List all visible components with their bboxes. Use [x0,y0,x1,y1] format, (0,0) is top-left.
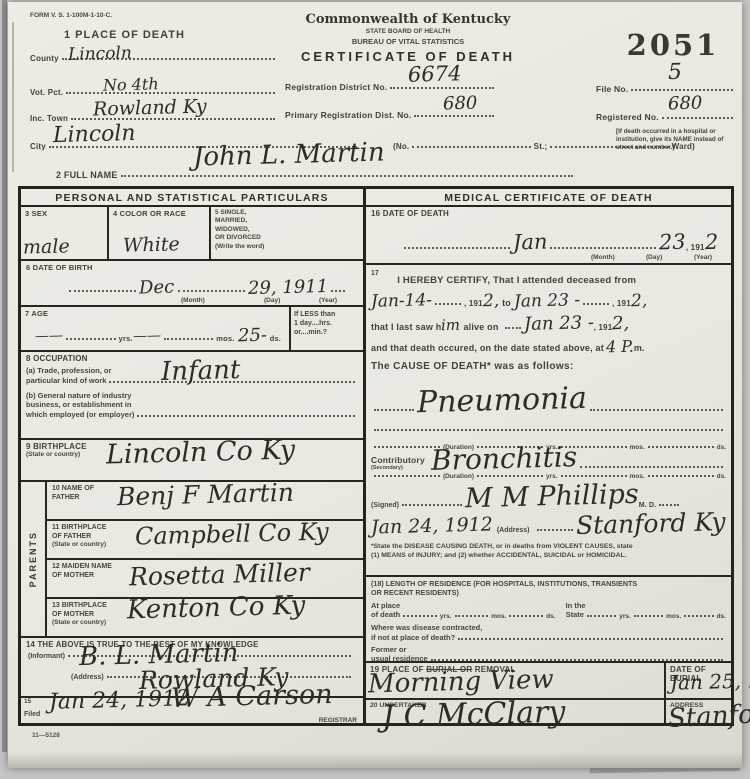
parents-rows: 10 NAME OF FATHER Benj F Martin 11 BIRTH… [47,482,363,636]
occ-b-line3-wrap: which employed (or employer) [26,410,358,420]
registration-district-rule [390,86,494,89]
to-printed: to [502,298,511,308]
signed-line: (Signed) M M Phillips M. D. [371,486,726,509]
occupation-row: 8 OCCUPATION (a) Trade, profession, or p… [21,352,363,440]
no-label: (No. [393,142,409,151]
age-days-value: 25- [237,328,266,344]
age-mos-label: mos. [216,334,234,343]
agency-heading: Commonwealth of Kentucky STATE BOARD OF … [258,12,558,64]
contributory-value: Bronchitis [431,445,578,473]
filed-row: 15 Filed Jan 24, 1912 W A Carson REGISTR… [21,698,363,725]
dob-rule2 [178,289,245,292]
contributory-label: Contributory [371,455,425,465]
dob-year-label: (Year) [319,297,337,304]
dod-label: 16 DATE OF DEATH [371,209,726,218]
age-yrs-label: yrs. [119,334,133,343]
contracted-line1: Where was disease contracted, [371,623,726,633]
contributory-label-stack: Contributory (Secondary) [371,455,425,471]
dur2-rule0 [374,474,440,477]
full-name-value: John L. Martin [193,141,385,168]
st-label: St.; [534,142,548,151]
marital-line2: MARRIED, [215,217,359,225]
dod-month-value: Jan [513,234,548,253]
attended-rule2 [583,302,609,305]
cause-line: Pneumonia [371,388,726,414]
at-place-col: At place of death yrs. mos. ds. [371,601,556,621]
at-place-label2: of death [371,610,400,620]
binding-mark [12,22,14,172]
primary-registration-rule [414,114,494,117]
registered-no-line: Registered No. [596,112,736,122]
residence-title1: (18) LENGTH OF RESIDENCE (FOR HOSPITALS,… [371,579,726,588]
dod-year-label: (Year) [694,254,712,261]
occ-b-line3: which employed (or employer) [26,410,134,420]
ap-rule2 [455,614,489,617]
county-value: Lincoln [68,46,132,62]
father-birthplace-value: Campbell Co Ky [135,521,329,546]
dur1-ds: ds. [717,444,726,451]
st-rule2 [634,614,663,617]
ap-mos: mos. [491,613,506,620]
registration-district-value: 6674 [408,65,462,84]
dur2-yrs: yrs. [546,473,558,480]
burial-place-cell: 19 PLACE OF BURIAL OR REMOVAL Morning Vi… [366,663,666,698]
contracted-line2: if not at place of death? [371,633,455,643]
bureau-line: BUREAU OF VITAL STATISTICS [258,37,558,47]
marital-line3: WIDOWED, [215,226,359,234]
from-year-printed: , 191 [464,299,483,308]
dod-rule1 [404,246,510,249]
dob-row: 6 DATE OF BIRTH Dec 29, 1911 (Month) (Da… [21,261,363,307]
sex-value: male [23,238,70,255]
commonwealth-title: Commonwealth of Kentucky [258,12,558,27]
marital-line4: OR DIVORCED [215,234,359,242]
father-birthplace-row: 11 BIRTHPLACE OF FATHER (State or countr… [47,521,363,560]
occ-b-line2: business, or establishment in [26,400,358,410]
in-the-line2: State yrs. mos. ds. [566,610,726,620]
dob-month-value: Dec [139,280,175,296]
dob-month-label: (Month) [181,297,205,304]
age-label: 7 AGE [25,309,285,318]
file-no-label: File No. [596,84,628,94]
medical-column: MEDICAL CERTIFICATE OF DEATH 16 DATE OF … [366,189,731,723]
registered-no-rule [662,116,733,119]
full-name-label: 2 FULL NAME [56,170,118,180]
occurred-time-hw: 4 P. [606,339,634,353]
certificate-table: PERSONAL AND STATISTICAL PARTICULARS 3 S… [18,186,734,726]
occ-b-rule [137,414,355,417]
secondary-label: (Secondary) [371,465,425,471]
personal-title: PERSONAL AND STATISTICAL PARTICULARS [21,189,363,207]
ap-rule1 [403,614,437,617]
age-row: 7 AGE —— yrs. —— mos. 25- ds. If LESS th… [21,307,363,352]
sex-color-marital-row: 3 SEX male 4 COLOR OR RACE White 5 SINGL… [21,207,363,261]
former-rule [431,658,723,661]
at-place-line1: At place [371,601,556,611]
burial-date-value: Jan 25, 1912 [670,671,750,691]
dur2-rule2 [561,474,627,477]
marital-line5: (Write the word) [215,243,359,251]
age-rule2 [164,337,214,340]
contributory-line: Contributory (Secondary) Bronchitis [371,455,726,471]
signed-date-value: Jan 24, 1912 [371,516,493,535]
certificate-stamp-number: 2051 [608,28,738,62]
filed-no: 15 [24,698,31,705]
registration-district-label: Registration District No. [285,82,387,92]
attended-from-value: Jan-14- [371,293,432,309]
age-ds-label: ds. [270,334,281,343]
hospital-note: [If death occurred in a hospital or inst… [616,128,738,152]
age-line: —— yrs. —— mos. 25- ds. [35,328,281,343]
informant-address-label: (Address) [71,674,104,681]
marital-line1: 5 SINGLE, [215,209,359,217]
contributory-rule [580,465,723,468]
county-label: County [30,54,59,63]
dod-line: Jan 23 , 191 2 [401,234,718,252]
occurred-line: and that death occured, on the date stat… [371,340,726,354]
signed-address-value: Stanford Ky [576,511,726,536]
dod-row: 16 DATE OF DEATH Jan 23 , 191 2 (Month) … [366,207,731,265]
signed-rule [402,503,462,506]
lastsaw-printed1: that I last saw h [371,322,441,332]
lastsaw-printed3: , 191 [594,323,613,332]
city-value: Lincoln [53,125,136,146]
burial-date-cell: DATE OF BURIAL Jan 25, 1912 [666,663,731,698]
occ-a-line2: particular kind of work [26,376,106,386]
city-label: City [30,142,46,151]
ap-rule3 [509,614,543,617]
dur2-rule3 [648,474,714,477]
certify-block: 17 I HEREBY CERTIFY, That I attended dec… [366,265,731,577]
vot-pct-value: No 4th [103,77,159,92]
undertaker-cell: 20 UNDERTAKER J C McClary [366,700,666,725]
occupation-value: Infant [161,359,241,383]
medical-title: MEDICAL CERTIFICATE OF DEATH [366,189,731,207]
attended-rule1 [435,302,461,305]
in-the-line1: In the [566,601,726,611]
dod-day-value: 23 [659,234,686,253]
undertaker-row: 20 UNDERTAKER J C McClary ADDRESS Stanfo… [366,700,731,725]
age-yrs-value: —— [35,331,63,344]
signed-address-label: (Address) [497,527,530,534]
contracted-line2-wrap: if not at place of death? [371,633,726,643]
md-label: M. D. [639,502,657,509]
dur2-ds: ds. [717,473,726,480]
lastsaw-printed2: alive on [463,322,498,332]
inc-town-label: Inc. Town [30,114,68,123]
undertaker-address-cell: ADDRESS Stanford Ky [666,700,731,725]
color-cell: 4 COLOR OR RACE White [109,207,211,259]
from-year-hw: 2, [483,294,500,309]
cause-rule2 [590,408,723,411]
scan-left-edge [2,0,7,752]
to-year-hw: 2, [631,294,648,309]
color-value: White [123,236,180,254]
vot-pct-rule [66,91,275,94]
at-place-line2: of death yrs. mos. ds. [371,610,556,620]
file-no-rule [631,88,733,91]
signed-address-rule [537,528,574,531]
mother-birthplace-row: 13 BIRTHPLACE OF MOTHER (State or countr… [47,599,363,636]
father-name-value: Benj F Martin [117,482,294,508]
in-state-col: In the State yrs. mos. ds. [556,601,726,621]
lastsaw-hw1: im [441,319,460,332]
full-name-rule [121,174,573,177]
certify-intro: I HEREBY CERTIFY, That I attended deceas… [397,275,636,286]
former-line1: Former or [371,645,726,655]
st-mos: mos. [666,613,681,620]
age-main-cell: 7 AGE —— yrs. —— mos. 25- ds. [21,307,289,350]
less-line1: If LESS than [294,310,360,319]
signed-rule2 [659,503,679,506]
st-yrs: yrs. [619,613,631,620]
residence-duration-row: At place of death yrs. mos. ds. In the [371,601,726,621]
dod-month-label: (Month) [591,254,615,261]
ap-yrs: yrs. [440,613,452,620]
dob-day-year-value: 29, 1911 [248,279,329,296]
contracted-rule [458,637,723,640]
age-rule1 [66,337,116,340]
file-no-line: File No. [596,84,736,94]
cause-rule1 [374,408,414,411]
dur1-rule3 [648,445,714,448]
undertaker-address-value: Stanford Ky [668,700,750,730]
less-line3: or....min.? [294,328,360,337]
filed-date-value: Jan 24, 1912 [49,690,191,712]
state-board-line: STATE BOARD OF HEALTH [258,28,558,36]
cause-label: The CAUSE OF DEATH* was as follows: [371,361,726,372]
dob-rule3 [331,289,345,292]
mother-birthplace-value: Kenton Co Ky [127,595,306,622]
state-label: State [566,610,584,620]
duration-line-2: (Duration) yrs. mos. ds. [371,473,726,480]
parents-block: PARENTS 10 NAME OF FATHER Benj F Martin … [21,482,363,638]
primary-registration-value: 680 [443,96,478,112]
inc-town-value: Rowland Ky [93,99,207,118]
parents-label: PARENTS [28,531,38,587]
less-than-day-cell: If LESS than 1 day....hrs. or....min.? [289,307,363,350]
less-line2: 1 day....hrs. [294,319,360,328]
print-code-bottom: 11—5128 [32,732,60,739]
dod-year-printed: , 191 [686,243,705,252]
registration-district-line: Registration District No. [285,82,497,92]
form-code: FORM V. S. 1-100M-1-10-C. [30,12,112,20]
mother-name-value: Rosetta Miller [129,562,310,588]
st-ds: ds. [717,613,726,620]
attended-line: Jan-14- , 191 2, to Jan 23 - , 191 2, [371,294,726,308]
sex-label: 3 SEX [25,209,103,218]
dob-label: 6 DATE OF BIRTH [26,263,358,272]
lastsaw-rule [505,326,521,329]
undertaker-signature: J C McClary [382,700,566,730]
residence-title2: OR RECENT RESIDENTS) [371,588,726,597]
full-name-line: 2 FULL NAME [56,170,576,180]
registered-no-value: 680 [668,96,703,112]
occurred-printed: and that death occured, on the date stat… [371,343,604,353]
personal-column: PERSONAL AND STATISTICAL PARTICULARS 3 S… [21,189,366,723]
signed-date-line: Jan 24, 1912 (Address) Stanford Ky [371,513,726,534]
cause-blank-rule [374,428,723,431]
sex-cell: 3 SEX male [21,207,109,259]
place-of-death-label: 1 PLACE OF DEATH [64,29,185,41]
birthplace-value: Lincoln Co Ky [106,440,296,468]
dod-year-hw: 2 [704,234,718,252]
dod-rule2 [550,246,656,249]
residence-block: (18) LENGTH OF RESIDENCE (FOR HOSPITALS,… [366,577,731,663]
attended-to-value: Jan 23 - [514,293,580,309]
parents-strip: PARENTS [21,482,47,636]
dob-rule1 [69,289,136,292]
registered-no-label: Registered No. [596,112,659,122]
color-label: 4 COLOR OR RACE [113,209,205,218]
cause-footnote: *State the DISEASE CAUSING DEATH, or in … [371,542,726,560]
certificate-paper: FORM V. S. 1-100M-1-10-C. 1 PLACE OF DEA… [8,2,742,768]
birthplace-row: 9 BIRTHPLACE (State or country) Lincoln … [21,440,363,482]
dur1-mos: mos. [630,444,645,451]
lastsaw-hw3: 2, [612,316,630,332]
occurred-m: m. [634,343,645,353]
last-saw-line: that I last saw h im alive on Jan 23 - ,… [371,316,726,331]
vot-pct-label: Vot. Pct. [30,88,63,97]
footnote-line2: (1) MEANS of INJURY; and (2) whether ACC… [371,551,726,560]
st-rule1 [587,614,616,617]
primary-registration-label: Primary Registration Dist. No. [285,110,411,120]
registrar-label: REGISTRAR [319,717,357,724]
cause-blank-line [371,428,726,434]
filed-label: Filed [24,711,40,718]
no-rule [412,145,530,148]
lastsaw-hw2: Jan 23 - [523,316,593,333]
physician-signature: M M Phillips [465,484,639,511]
age-mos-value: —— [133,331,161,344]
certify-intro-line: 17 I HEREBY CERTIFY, That I attended dec… [371,270,726,288]
to-year-printed: , 191 [612,299,631,308]
signed-label: (Signed) [371,502,399,509]
dod-day-label: (Day) [646,254,662,261]
informant-label: (Informant) [28,653,65,660]
dob-day-label: (Day) [264,297,280,304]
file-no-value: 5 [668,64,682,83]
occ-b-line1: (b) General nature of industry [26,391,358,401]
cause-value: Pneumonia [417,386,588,416]
certify-no: 17 [371,270,379,277]
father-name-row: 10 NAME OF FATHER Benj F Martin [47,482,363,521]
marital-cell: 5 SINGLE, MARRIED, WIDOWED, OR DIVORCED … [211,207,363,259]
footnote-line1: *State the DISEASE CAUSING DEATH, or in … [371,542,726,551]
st-rule3 [684,614,713,617]
dob-line: Dec 29, 1911 [66,280,348,295]
registrar-signature: W A Carson [171,684,333,711]
burial-place-value: Morning View [368,669,554,696]
ap-ds: ds. [546,613,555,620]
